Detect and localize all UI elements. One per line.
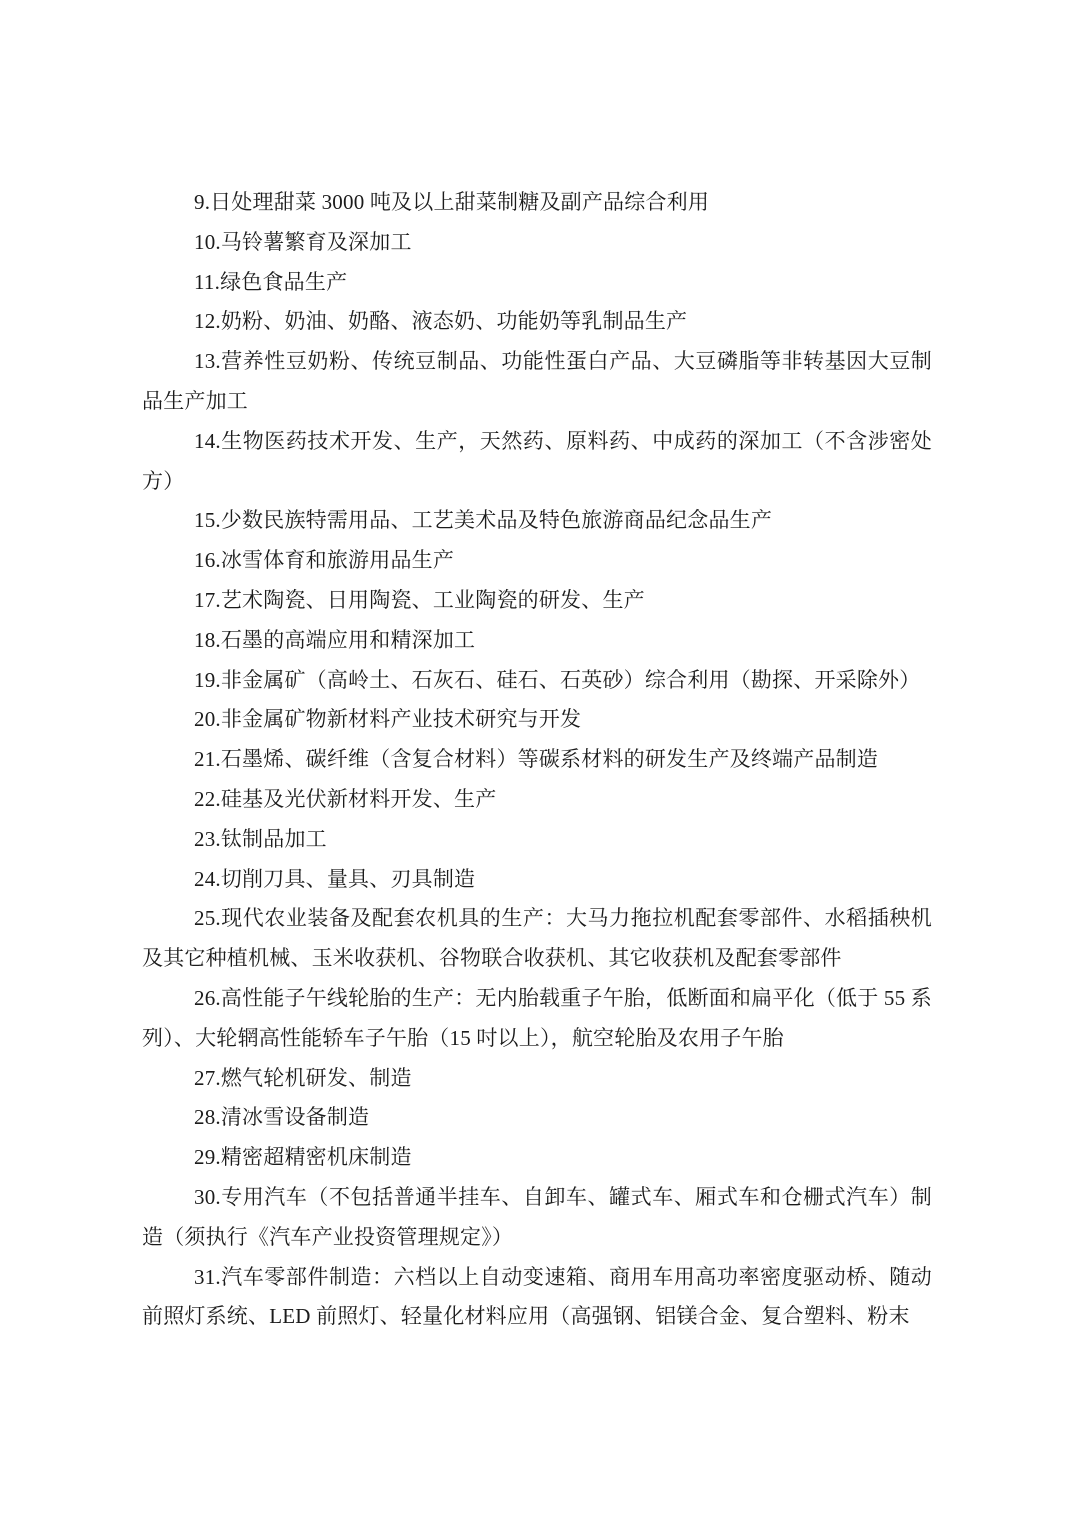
- list-item-31: 31.汽车零部件制造：六档以上自动变速箱、商用车用高功率密度驱动桥、随动前照灯系…: [142, 1258, 932, 1338]
- list-item-25: 25.现代农业装备及配套农机具的生产：大马力拖拉机配套零部件、水稻插秧机及其它种…: [142, 899, 932, 979]
- list-item-10: 10.马铃薯繁育及深加工: [142, 223, 932, 263]
- list-item-27: 27.燃气轮机研发、制造: [142, 1059, 932, 1099]
- list-item-20: 20.非金属矿物新材料产业技术研究与开发: [142, 700, 932, 740]
- list-item-26: 26.高性能子午线轮胎的生产：无内胎载重子午胎，低断面和扁平化（低于 55 系列…: [142, 979, 932, 1059]
- list-item-24: 24.切削刀具、量具、刃具制造: [142, 860, 932, 900]
- document-page: 9.日处理甜菜 3000 吨及以上甜菜制糖及副产品综合利用 10.马铃薯繁育及深…: [0, 0, 1074, 1520]
- list-item-21: 21.石墨烯、碳纤维（含复合材料）等碳系材料的研发生产及终端产品制造: [142, 740, 932, 780]
- list-item-12: 12.奶粉、奶油、奶酪、液态奶、功能奶等乳制品生产: [142, 302, 932, 342]
- list-item-16: 16.冰雪体育和旅游用品生产: [142, 541, 932, 581]
- list-item-15: 15.少数民族特需用品、工艺美术品及特色旅游商品纪念品生产: [142, 501, 932, 541]
- list-item-14: 14.生物医药技术开发、生产，天然药、原料药、中成药的深加工（不含涉密处方）: [142, 422, 932, 502]
- list-item-28: 28.清冰雪设备制造: [142, 1098, 932, 1138]
- document-text-block: 9.日处理甜菜 3000 吨及以上甜菜制糖及副产品综合利用 10.马铃薯繁育及深…: [142, 183, 932, 1337]
- list-item-11: 11.绿色食品生产: [142, 263, 932, 303]
- list-item-9: 9.日处理甜菜 3000 吨及以上甜菜制糖及副产品综合利用: [142, 183, 932, 223]
- list-item-13: 13.营养性豆奶粉、传统豆制品、功能性蛋白产品、大豆磷脂等非转基因大豆制品生产加…: [142, 342, 932, 422]
- list-item-30: 30.专用汽车（不包括普通半挂车、自卸车、罐式车、厢式车和仓栅式汽车）制造（须执…: [142, 1178, 932, 1258]
- list-item-22: 22.硅基及光伏新材料开发、生产: [142, 780, 932, 820]
- list-item-19: 19.非金属矿（高岭土、石灰石、硅石、石英砂）综合利用（勘探、开采除外）: [142, 661, 932, 701]
- list-item-18: 18.石墨的高端应用和精深加工: [142, 621, 932, 661]
- list-item-29: 29.精密超精密机床制造: [142, 1138, 932, 1178]
- list-item-23: 23.钛制品加工: [142, 820, 932, 860]
- list-item-17: 17.艺术陶瓷、日用陶瓷、工业陶瓷的研发、生产: [142, 581, 932, 621]
